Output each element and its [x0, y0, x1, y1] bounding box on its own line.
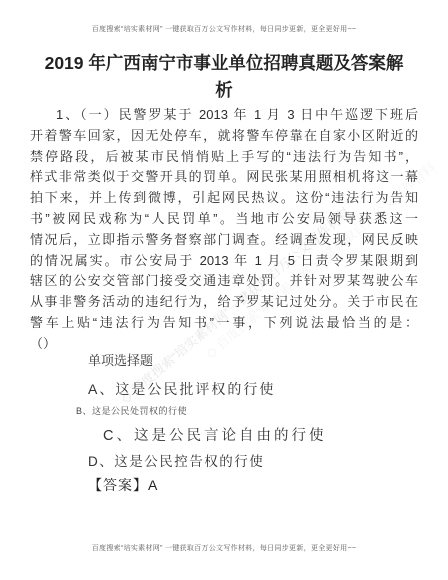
document-page: ◇ 百度搜索“培实素材网”一键获取百万公文写作材料 ◇ 百度搜索“培实素材网”一… [0, 0, 448, 580]
question-text-line: 从事非警务活动的违纪行为，给予罗某记过处分。关于市民在 [30, 292, 418, 313]
question-text-line: 开着警车回家，因无处停车，就将警车停靠在自家小区附近的 [30, 126, 418, 147]
question-text-line: 辖区的公安交管部门接受交通违章处罚。并针对罗某驾驶公车 [30, 271, 418, 292]
question-text-line: 的情况属实。市公安局于 2013 年 1 月 5 日责令罗某限期到 [30, 251, 418, 272]
option-b: B、这是公民处罚权的行使 [76, 404, 187, 417]
answer-label: 【答案】A [88, 475, 158, 495]
header-promo-text: 百度搜索“培实素材网” 一键获取百万公文写作材料，每日同步更新，更全更好用~~ [0, 24, 448, 34]
question-text-line: 样式非常类似于交警开具的罚单。网民张某用照相机将这一幕 [30, 167, 418, 188]
page-title-line2: 析 [30, 77, 418, 104]
option-d: D、这是公民控告权的行使 [88, 450, 264, 470]
question-text-line: 情况后，立即指示警务督察部门调查。经调查发现，网民反映 [30, 230, 418, 251]
question-text-line: 警车上贴“违法行为告知书”一事，下列说法最恰当的是： [30, 313, 418, 334]
question-type-label: 单项选择题 [88, 350, 153, 369]
question-text-line: 拍下来，并上传到微博，引起网民热议。这份“违法行为告知 [30, 188, 418, 209]
option-a: A、这是公民批评权的行使 [88, 379, 275, 399]
question-text-line: 1、（一）民警罗某于 2013 年 1 月 3 日中午巡逻下班后 [30, 105, 418, 126]
question-text-line: 书”被网民戏称为“人民罚单”。当地市公安局领导获悉这一 [30, 209, 418, 230]
page-title: 2019 年广西南宁市事业单位招聘真题及答案解 析 [30, 50, 418, 104]
page-title-line1: 2019 年广西南宁市事业单位招聘真题及答案解 [30, 50, 418, 77]
question-body: 1、（一）民警罗某于 2013 年 1 月 3 日中午巡逻下班后 开着警车回家，… [30, 105, 418, 355]
question-text-line: 禁停路段，后被某市民悄悄贴上手写的“违法行为告知书”， [30, 147, 418, 168]
option-c: C、这是公民言论自由的行使 [103, 424, 326, 445]
footer-promo-text: 百度搜索“培实素材网” 一键获取百万公文写作材料，每日同步更新，更全更好用~~ [0, 543, 448, 553]
